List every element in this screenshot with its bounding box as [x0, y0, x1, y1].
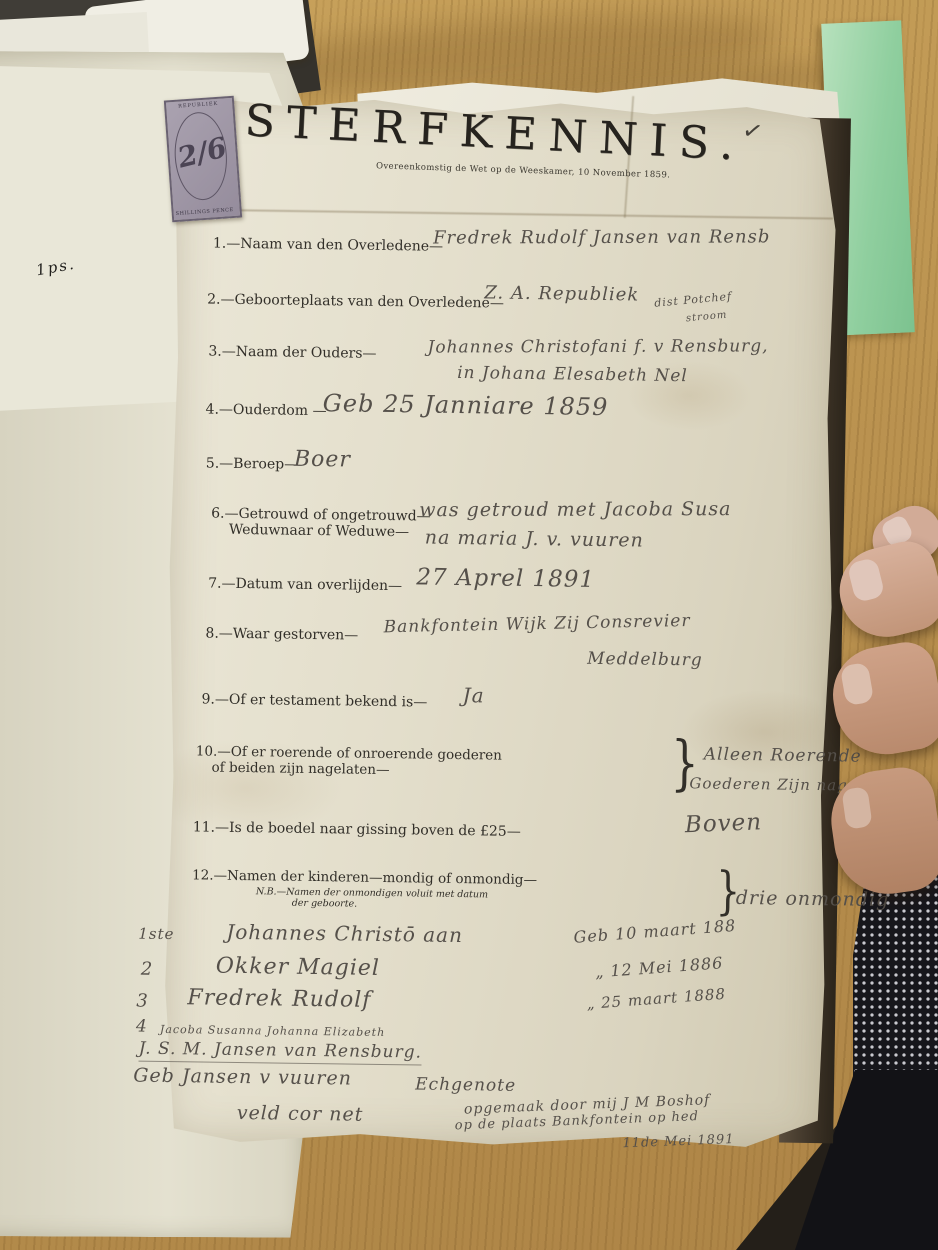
field-12-answer: drie onmondig	[736, 887, 890, 911]
field-12-note: N.B.—Namen der onmondigen voluit met dat…	[256, 886, 488, 900]
child-row-name: Johannes Christō aan	[226, 920, 463, 947]
field-12-note2: der geboorte.	[292, 898, 358, 910]
field-2-answer-side2: stroom	[686, 310, 728, 325]
widow-role: Echgenote	[415, 1074, 516, 1095]
child-row-birth: Geb 10 maart 188	[573, 916, 737, 947]
field-1-label: 1.—Naam van den Overledene—	[213, 236, 443, 255]
child-row-birth: „ 25 maart 1888	[586, 985, 727, 1013]
child-row-name: Okker Magiel	[216, 954, 380, 981]
form-title: STERFKENNIS.	[244, 95, 747, 170]
field-10-label2: of beiden zijn nagelaten—	[212, 760, 390, 778]
child-row-no: 4	[136, 1017, 148, 1037]
field-3-answer2: in Johana Elesabeth Nel	[457, 363, 688, 386]
child-row-no: 3	[136, 991, 149, 1012]
field-7-label: 7.—Datum van overlijden—	[208, 576, 402, 595]
made-by-role: veld cor net	[237, 1102, 364, 1126]
made-date-line: 11de Mei 1891	[622, 1132, 735, 1151]
field-2-answer: Z. A. Republiek	[484, 282, 639, 305]
field-8-label: 8.—Waar gestorven—	[205, 625, 358, 643]
child-row-name: Jacoba Susanna Johanna Elizabeth	[160, 1023, 385, 1039]
field-5-answer: Boer	[294, 447, 351, 473]
widow-maiden-name: Geb Jansen v vuuren	[133, 1065, 352, 1090]
field-12-label: 12.—Namen der kinderen—mondig of onmondi…	[192, 867, 537, 888]
field-11-answer: Boven	[684, 809, 762, 838]
field-8-answer2: Meddelburg	[587, 649, 703, 671]
field-4-label: 4.—Ouderdom —	[206, 401, 327, 419]
field-9-answer: Ja	[462, 683, 484, 707]
field-8-answer: Bankfontein Wijk Zij Consrevier	[383, 611, 690, 637]
field-2-label: 2.—Geboorteplaats van den Overledene—	[207, 291, 504, 311]
child-row-no: 1ste	[138, 925, 174, 944]
field-3-label: 3.—Naam der Ouders—	[208, 343, 376, 361]
field-2-answer-side: dist Potchef	[654, 290, 733, 310]
child-row-no: 2	[141, 959, 154, 980]
field-9-label: 9.—Of er testament bekend is—	[201, 691, 427, 710]
field-4-answer: Geb 25 Janniare 1859	[323, 389, 609, 421]
finger	[825, 638, 938, 763]
field-6-answer2: na maria J. v. vuuren	[425, 527, 644, 552]
field-11-label: 11.—Is de boedel naar gissing boven de £…	[193, 819, 521, 840]
field-3-answer: Johannes Christofani f. v Rensburg,	[427, 336, 768, 357]
field-6-answer: was getroud met Jacoba Susa	[419, 498, 731, 521]
field-10-answer: Alleen Roerende	[704, 744, 862, 766]
photo-frame: 1ps. REPUBLIEK 2/6 SHILLINGS PENCE STERF…	[0, 0, 938, 1250]
field-1-answer: Fredrek Rudolf Jansen van Rensb	[433, 226, 770, 248]
child-row-name: Fredrek Rudolf	[187, 985, 371, 1013]
document-text-layer: STERFKENNIS. ✓ Overeenkomstig de Wet op …	[160, 95, 840, 1152]
field-5-label: 5.—Beroep—	[206, 455, 299, 472]
widow-signature: J. S. M. Jansen van Rensburg.	[139, 1039, 423, 1066]
field-7-answer: 27 Aprel 1891	[416, 564, 595, 592]
finger	[831, 535, 938, 647]
field-6-label2: Weduwnaar of Weduwe—	[229, 522, 409, 541]
child-row-birth: „ 12 Mei 1886	[594, 953, 724, 981]
